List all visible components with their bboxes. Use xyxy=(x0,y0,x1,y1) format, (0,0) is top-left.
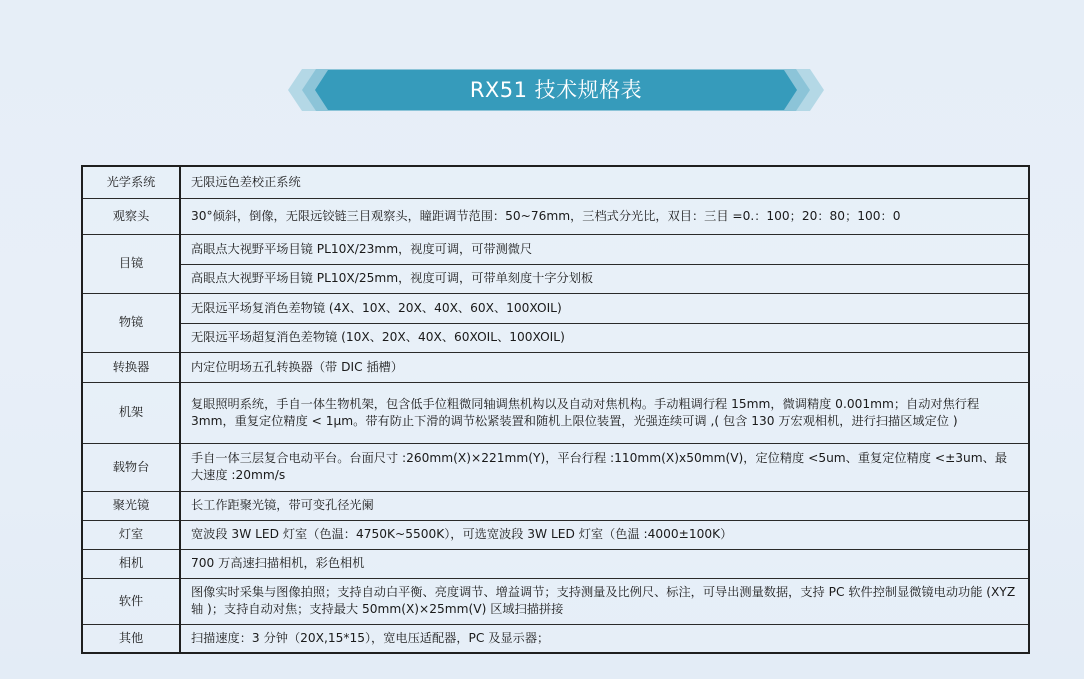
row-label: 载物台 xyxy=(82,443,180,491)
row-value: 无限远色差校正系统 xyxy=(180,166,1029,198)
row-value: 高眼点大视野平场目镜 PL10X/25mm，视度可调，可带单刻度十字分划板 xyxy=(180,264,1029,293)
spec-table: 光学系统 无限远色差校正系统 观察头 30°倾斜，倒像，无限远铰链三目观察头，瞳… xyxy=(81,165,1030,654)
table-row-other: 其他 扫描速度：3 分钟（20X,15*15），宽电压适配器，PC 及显示器； xyxy=(82,624,1029,653)
table-row-objective: 物镜 无限远平场复消色差物镜 (4X、10X、20X、40X、60X、100XO… xyxy=(82,293,1029,323)
table-row-eyepiece-alt: 高眼点大视野平场目镜 PL10X/25mm，视度可调，可带单刻度十字分划板 xyxy=(82,264,1029,293)
row-value: 复眼照明系统，手自一体生物机架，包含低手位粗微同轴调焦机构以及自动对焦机构。手动… xyxy=(180,382,1029,443)
table-row-optical-system: 光学系统 无限远色差校正系统 xyxy=(82,166,1029,198)
row-value: 扫描速度：3 分钟（20X,15*15），宽电压适配器，PC 及显示器； xyxy=(180,624,1029,653)
row-value: 30°倾斜，倒像，无限远铰链三目观察头，瞳距调节范围：50~76mm，三档式分光… xyxy=(180,198,1029,234)
row-label: 软件 xyxy=(82,578,180,624)
row-label: 光学系统 xyxy=(82,166,180,198)
row-label: 其他 xyxy=(82,624,180,653)
row-label: 灯室 xyxy=(82,520,180,549)
table-row-eyepiece: 目镜 高眼点大视野平场目镜 PL10X/23mm，视度可调，可带测微尺 xyxy=(82,234,1029,264)
row-value: 长工作距聚光镜，带可变孔径光阑 xyxy=(180,491,1029,520)
row-label: 目镜 xyxy=(82,234,180,293)
page-title: RX51 技术规格表 xyxy=(288,69,824,111)
table-row-stage: 载物台 手自一体三层复合电动平台。台面尺寸 :260mm(X)×221mm(Y)… xyxy=(82,443,1029,491)
row-label: 物镜 xyxy=(82,293,180,352)
table-row-frame: 机架 复眼照明系统，手自一体生物机架，包含低手位粗微同轴调焦机构以及自动对焦机构… xyxy=(82,382,1029,443)
row-value: 手自一体三层复合电动平台。台面尺寸 :260mm(X)×221mm(Y)，平台行… xyxy=(180,443,1029,491)
row-value: 宽波段 3W LED 灯室（色温：4750K~5500K），可选宽波段 3W L… xyxy=(180,520,1029,549)
row-value: 高眼点大视野平场目镜 PL10X/23mm，视度可调，可带测微尺 xyxy=(180,234,1029,264)
row-label: 转换器 xyxy=(82,352,180,382)
row-label: 相机 xyxy=(82,549,180,578)
table-row-software: 软件 图像实时采集与图像拍照；支持自动白平衡、亮度调节、增益调节；支持测量及比例… xyxy=(82,578,1029,624)
table-row-lamp-house: 灯室 宽波段 3W LED 灯室（色温：4750K~5500K），可选宽波段 3… xyxy=(82,520,1029,549)
row-value: 无限远平场超复消色差物镜 (10X、20X、40X、60XOIL、100XOIL… xyxy=(180,323,1029,352)
table-row-camera: 相机 700 万高速扫描相机，彩色相机 xyxy=(82,549,1029,578)
row-label: 聚光镜 xyxy=(82,491,180,520)
row-value: 图像实时采集与图像拍照；支持自动白平衡、亮度调节、增益调节；支持测量及比例尺、标… xyxy=(180,578,1029,624)
row-label: 机架 xyxy=(82,382,180,443)
table-row-nosepiece: 转换器 内定位明场五孔转换器（带 DIC 插槽） xyxy=(82,352,1029,382)
title-banner: RX51 技术规格表 xyxy=(288,69,824,111)
table-row-condenser: 聚光镜 长工作距聚光镜，带可变孔径光阑 xyxy=(82,491,1029,520)
table-row-objective-alt: 无限远平场超复消色差物镜 (10X、20X、40X、60XOIL、100XOIL… xyxy=(82,323,1029,352)
row-value: 700 万高速扫描相机，彩色相机 xyxy=(180,549,1029,578)
table-row-observation-head: 观察头 30°倾斜，倒像，无限远铰链三目观察头，瞳距调节范围：50~76mm，三… xyxy=(82,198,1029,234)
row-value: 无限远平场复消色差物镜 (4X、10X、20X、40X、60X、100XOIL) xyxy=(180,293,1029,323)
row-value: 内定位明场五孔转换器（带 DIC 插槽） xyxy=(180,352,1029,382)
row-label: 观察头 xyxy=(82,198,180,234)
